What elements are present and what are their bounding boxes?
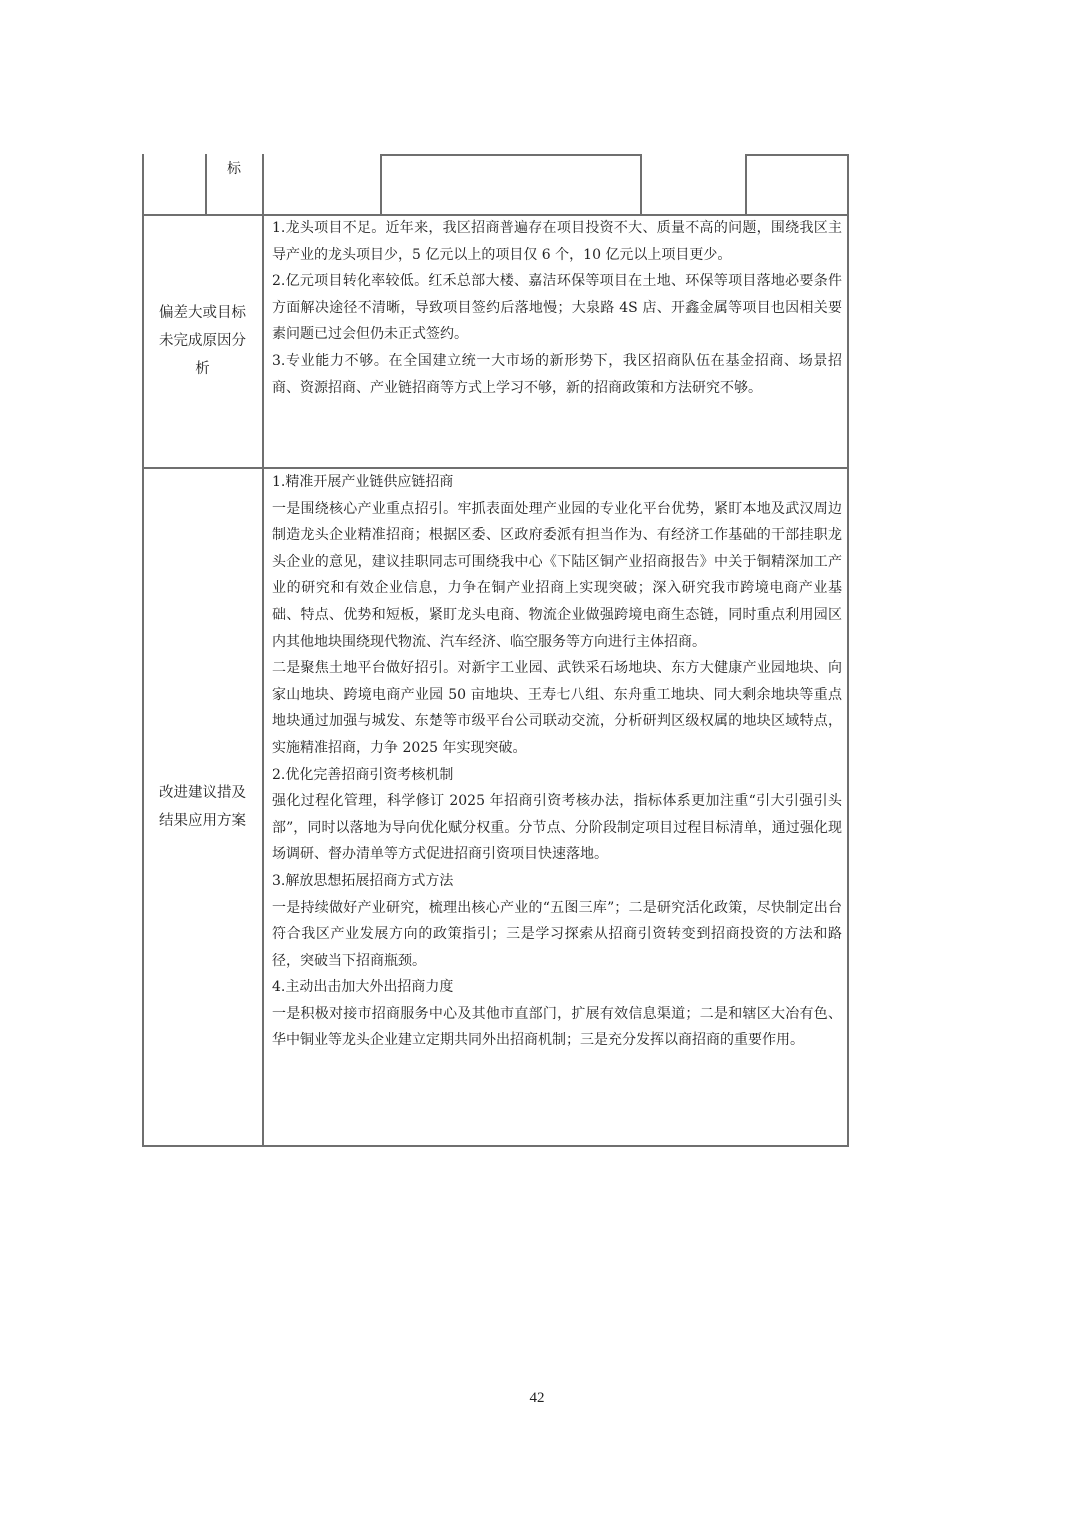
section-heading: 3.解放思想拓展招商方式方法 <box>272 868 842 895</box>
section-heading: 4.主动出击加大外出招商力度 <box>272 974 842 1001</box>
label-line: 改进建议措及 <box>143 779 262 807</box>
row-label-deviation-analysis: 偏差大或目标 未完成原因分 析 <box>143 215 262 467</box>
paragraph: 一是积极对接市招商服务中心及其他市直部门，扩展有效信息渠道；二是和辖区大冶有色、… <box>272 1001 842 1054</box>
top-box-1-right <box>640 154 642 214</box>
section-heading: 1.精准开展产业链供应链招商 <box>272 469 842 496</box>
paragraph: 一是围绕核心产业重点招引。牢抓表面处理产业园的专业化平台优势，紧盯本地及武汉周边… <box>272 496 842 656</box>
paragraph: 2.亿元项目转化率较低。红禾总部大楼、嘉洁环保等项目在土地、环保等项目落地必要条… <box>272 268 842 348</box>
label-column-divider-top <box>262 154 264 214</box>
paragraph: 一是持续做好产业研究，梳理出核心产业的“五图三库”；二是研究活化政策，尽快制定出… <box>272 895 842 975</box>
label-line: 结果应用方案 <box>143 807 262 835</box>
label-line: 偏差大或目标 <box>143 299 262 327</box>
section-heading: 2.优化完善招商引资考核机制 <box>272 762 842 789</box>
cell-improvement-plan: 1.精准开展产业链供应链招商 一是围绕核心产业重点招引。牢抓表面处理产业园的专业… <box>272 469 842 1054</box>
label-line: 未完成原因分 <box>143 327 262 355</box>
label-column-divider <box>262 214 264 1146</box>
paragraph: 二是聚焦土地平台做好招引。对新宇工业园、武铁采石场地块、东方大健康产业园地块、向… <box>272 655 842 761</box>
cell-deviation-analysis: 1.龙头项目不足。近年来，我区招商普遍存在项目投资不大、质量不高的问题，围绕我区… <box>272 215 842 401</box>
table-left-border-top <box>142 154 144 214</box>
top-box-2-left <box>745 154 747 214</box>
top-box-1-top <box>380 154 641 156</box>
table-bottom-border <box>142 1145 849 1147</box>
paragraph: 3.专业能力不够。在全国建立统一大市场的新形势下，我区招商队伍在基金招商、场景招… <box>272 348 842 401</box>
table-right-border-top <box>847 154 849 214</box>
table-right-border <box>847 214 849 1146</box>
label-line: 析 <box>143 355 262 383</box>
top-box-1-left <box>380 154 382 214</box>
document-page: 标 偏差大或目标 未完成原因分 析 1.龙头项目不足。近年来，我区招商普遍存在项… <box>0 0 1074 1520</box>
row-label-improvement-plan: 改进建议措及 结果应用方案 <box>143 468 262 1145</box>
top-box-2-top <box>745 154 848 156</box>
paragraph: 强化过程化管理，科学修订 2025 年招商引资考核办法，指标体系更加注重“引大引… <box>272 788 842 868</box>
page-number: 42 <box>0 1390 1074 1407</box>
paragraph: 1.龙头项目不足。近年来，我区招商普遍存在项目投资不大、质量不高的问题，围绕我区… <box>272 215 842 268</box>
top-row-sub-label: 标 <box>206 156 262 182</box>
